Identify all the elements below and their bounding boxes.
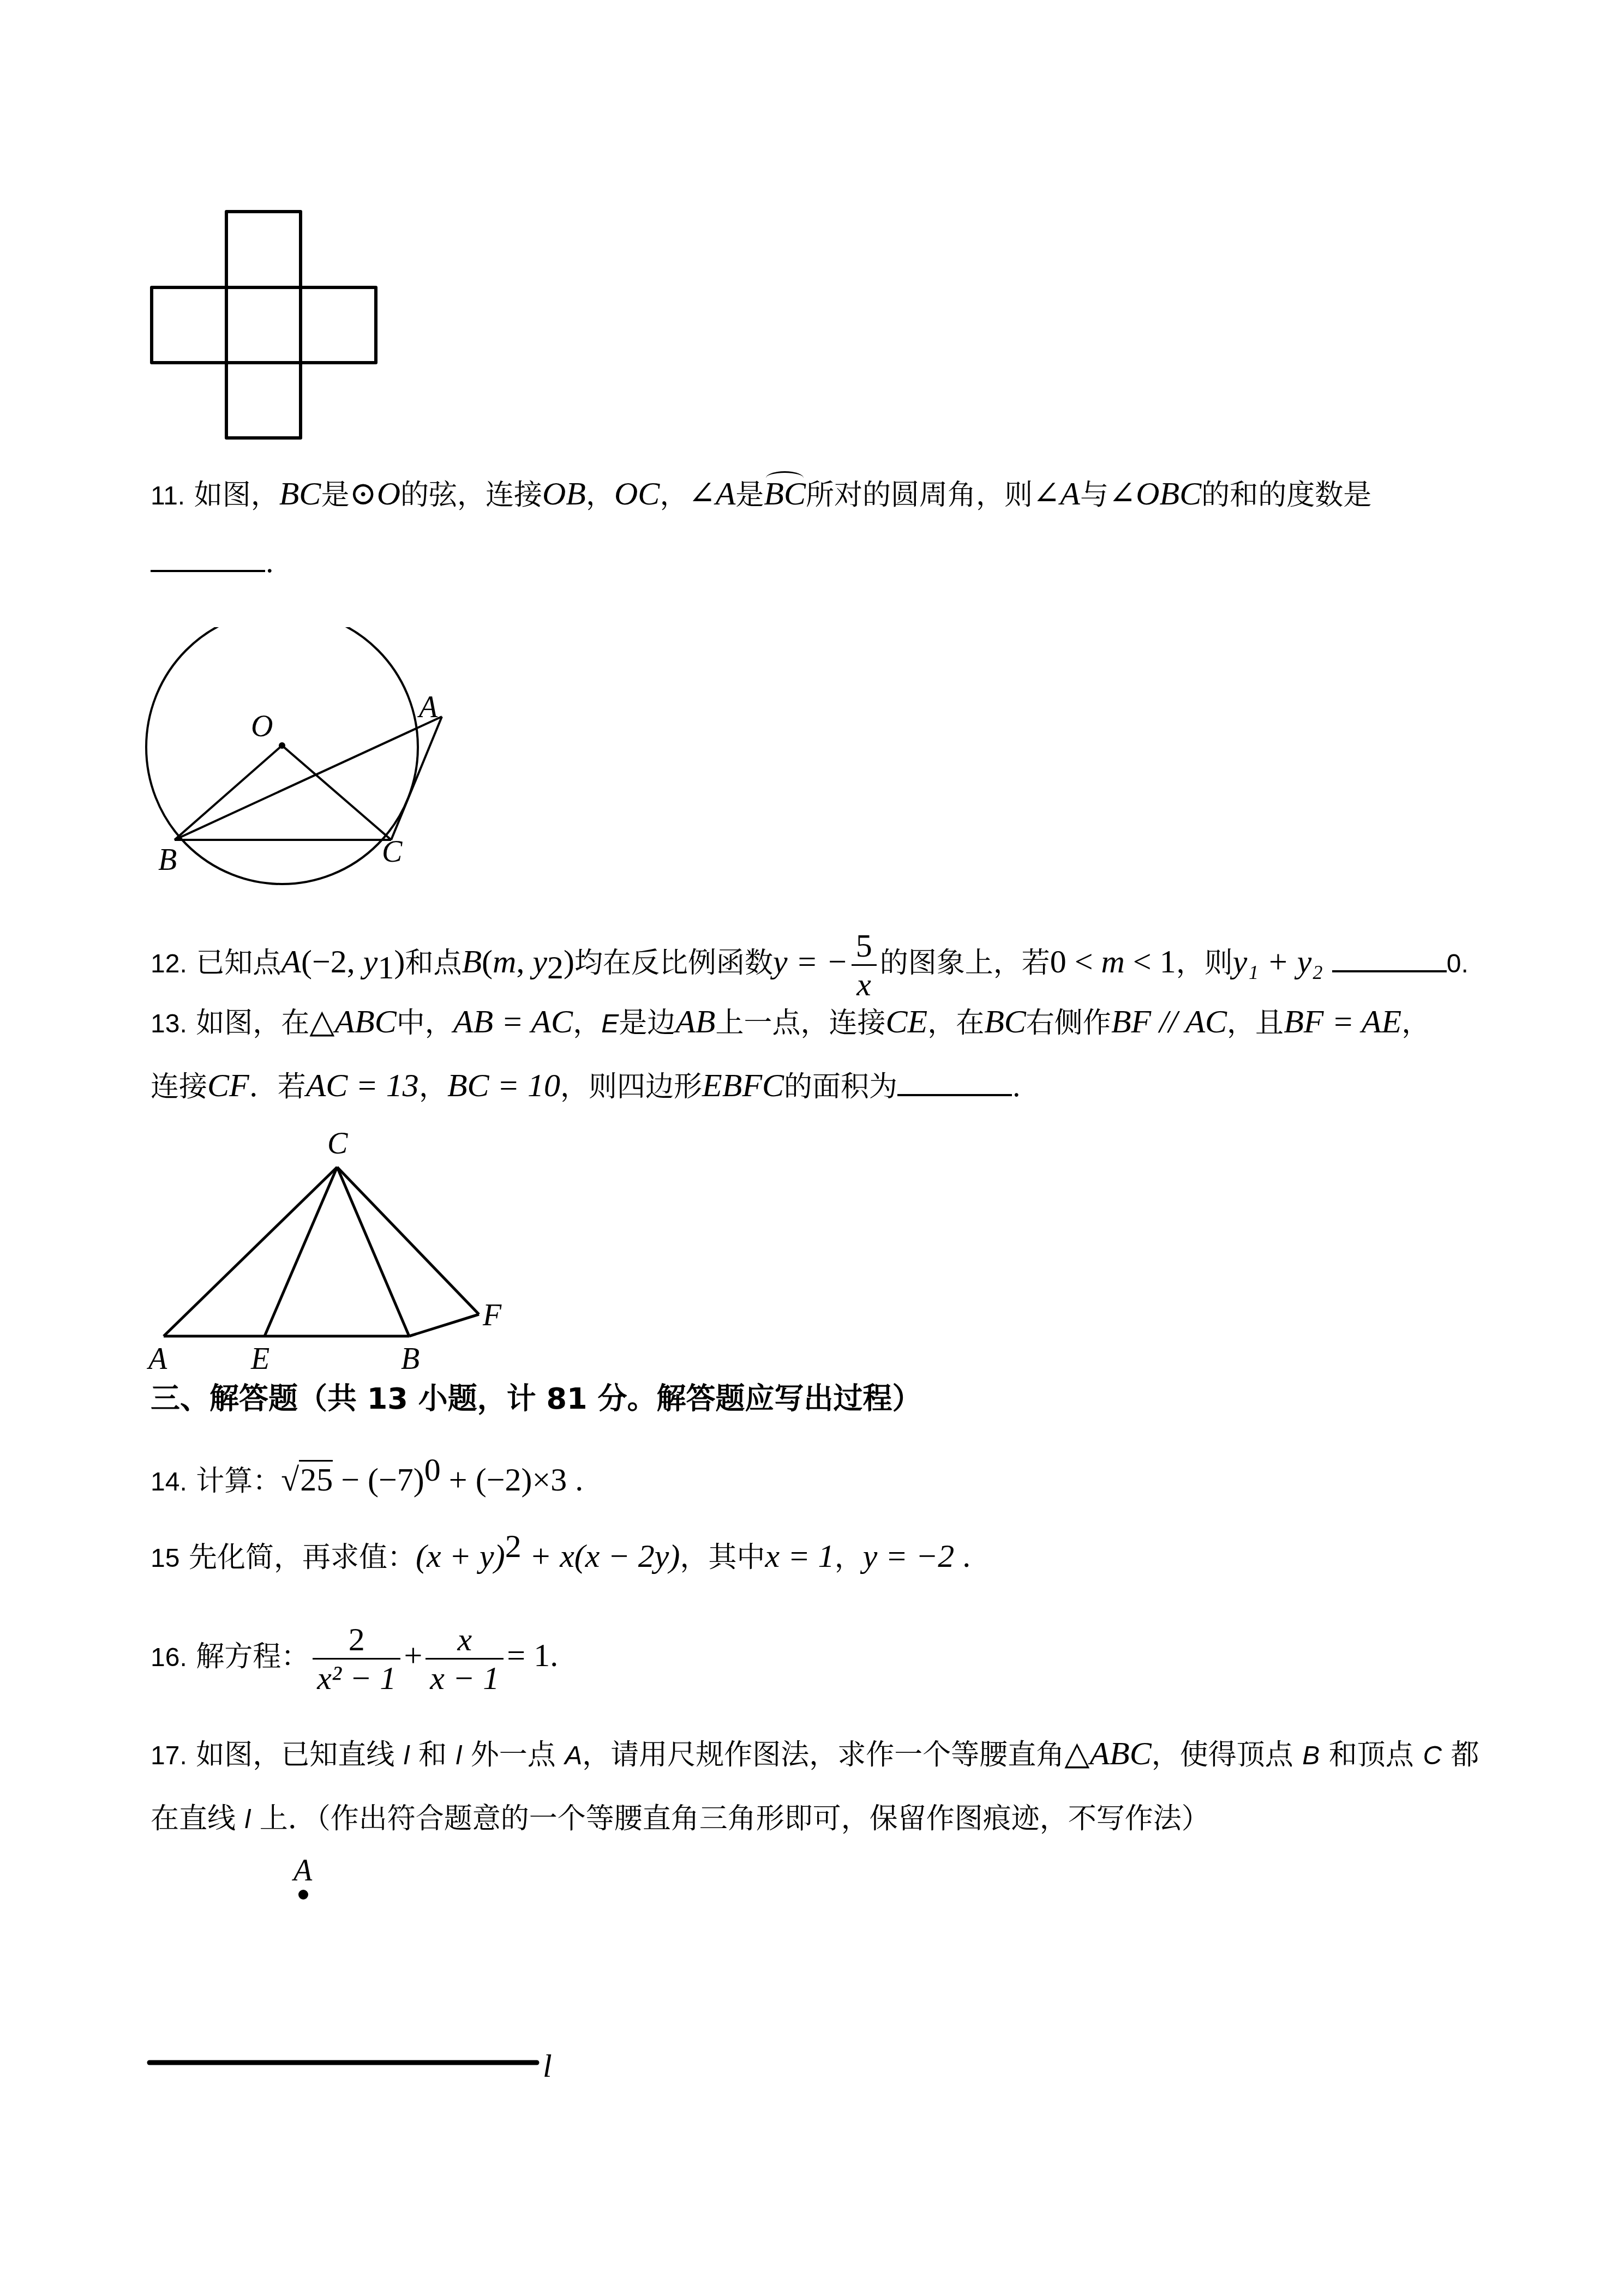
section-heading-3: 三、解答题（共 13 小题，计 81 分。解答题应写出过程） — [151, 1380, 922, 1418]
fraction-x-over-x-minus-1: xx − 1 — [426, 1621, 504, 1697]
svg-text:B: B — [158, 843, 177, 877]
fraction-2-over-x2-minus-1: 2x² − 1 — [313, 1621, 400, 1697]
question-17: 17. 如图，已知直线 l 和 l 外一点 A，请用尺规作图法，求作一个等腰直角… — [151, 1734, 1479, 1775]
question-16: 16. 解方程：2x² − 1+xx − 1= 1. — [151, 1614, 558, 1699]
point-a — [298, 1890, 308, 1900]
question-11: 11. 如图，BC是⊙O的弦，连接OB，OC，∠A是BC所对的圆周角，则∠A与∠… — [151, 474, 1371, 515]
svg-text:C: C — [382, 835, 403, 869]
triangle-figure: C F A E B — [136, 1113, 546, 1374]
question-13-line-2: 连接CF．若AC = 13，BC = 10，则四边形EBFC的面积为. — [151, 1066, 1021, 1106]
svg-text:O: O — [251, 710, 273, 743]
circle-figure: O A B C — [136, 627, 491, 900]
question-14: 14. 计算：√25 − (−7)0 + (−2)×3 . — [151, 1451, 583, 1501]
svg-text:l: l — [543, 2048, 552, 2084]
answer-blank[interactable] — [1332, 943, 1447, 972]
svg-text:B: B — [401, 1342, 420, 1374]
question-15: 15 先化简，再求值：(x + y)2 + x(x − 2y)，其中x = 1，… — [151, 1527, 970, 1578]
fraction-5-over-x: 5x — [852, 927, 877, 1003]
q11-answer-line: . — [151, 543, 274, 582]
svg-text:A: A — [146, 1342, 167, 1374]
svg-text:A: A — [291, 1854, 313, 1888]
answer-blank[interactable] — [151, 543, 265, 572]
cube-net-figure — [147, 207, 387, 447]
svg-text:A: A — [417, 690, 438, 724]
answer-blank[interactable] — [897, 1067, 1012, 1096]
question-12: 12. 已知点A(−2, y1)和点B(m, y2)均在反比例函数y = −5x… — [151, 927, 1469, 1003]
question-13: 13. 如图，在△ABC中，AB = AC，E是边AB上一点，连接CE，在BC右… — [151, 1002, 1430, 1043]
svg-text:E: E — [250, 1342, 269, 1374]
question-17-line-2: 在直线 l 上．（作出符合题意的一个等腰直角三角形即可，保留作图痕迹，不写作法） — [151, 1800, 1210, 1839]
arc-bc: BC — [764, 474, 806, 513]
svg-text:C: C — [327, 1127, 348, 1161]
line-and-point-figure: A l — [136, 1843, 600, 2105]
svg-text:F: F — [482, 1299, 502, 1332]
